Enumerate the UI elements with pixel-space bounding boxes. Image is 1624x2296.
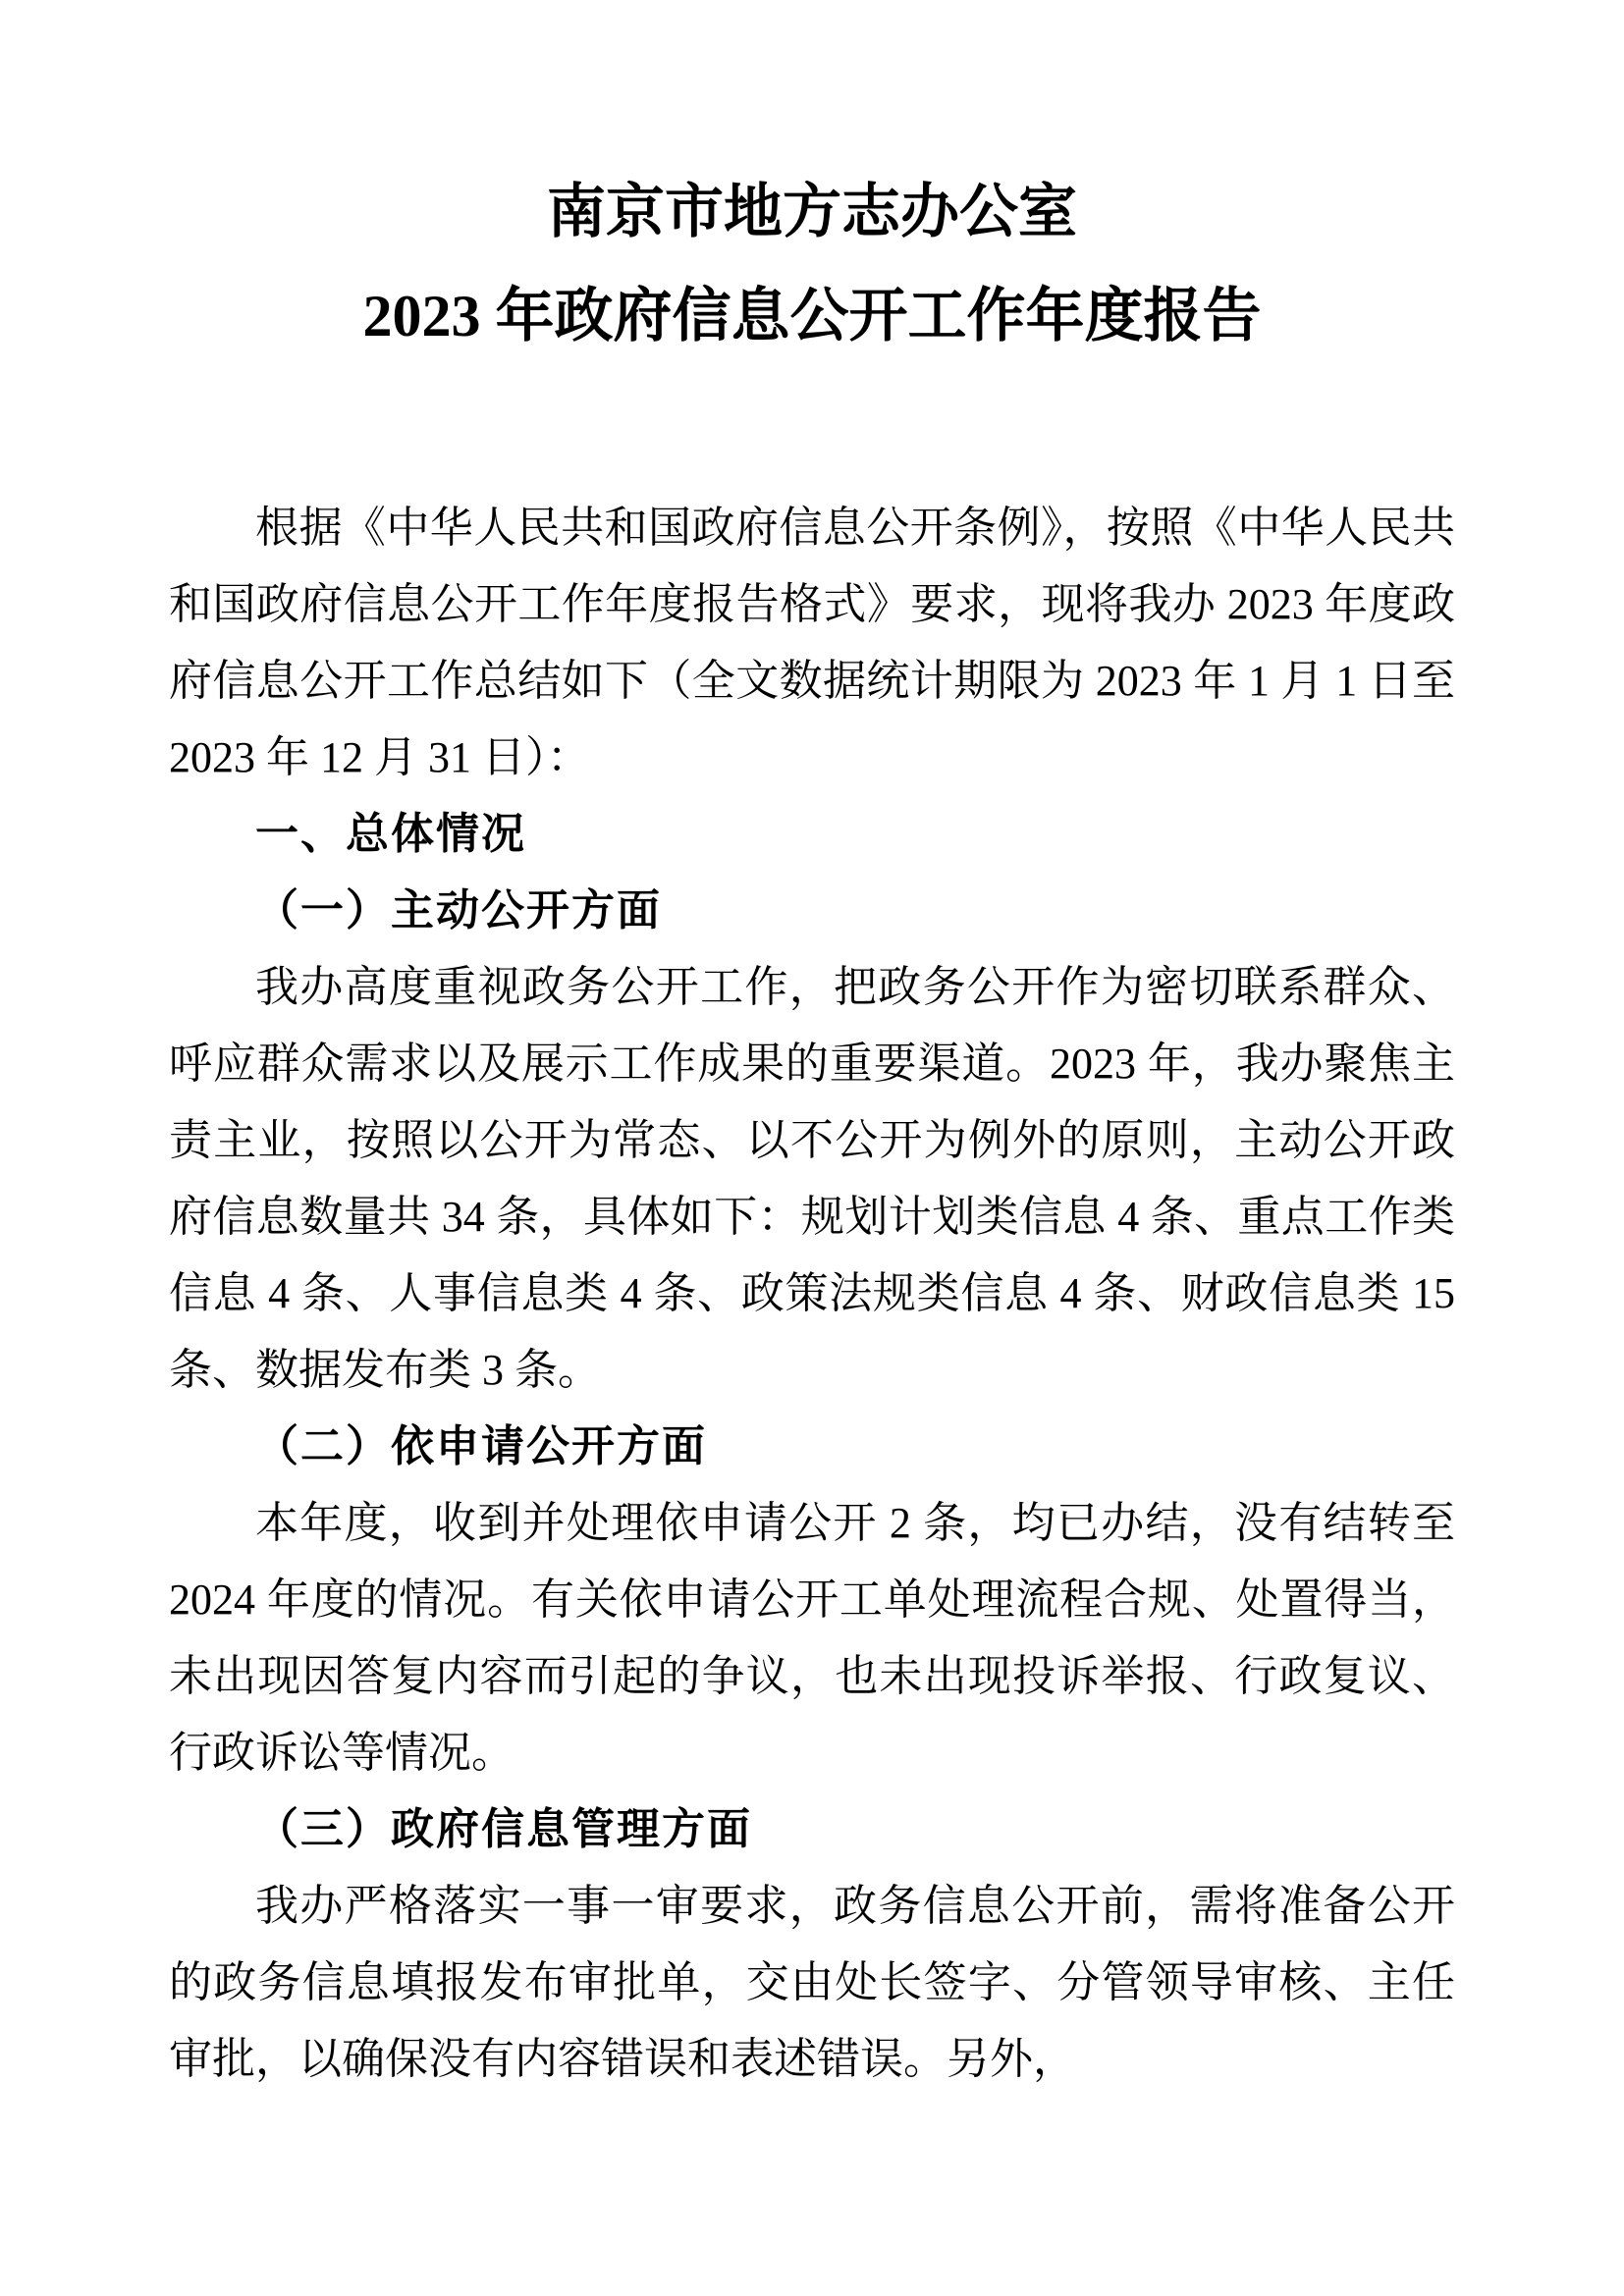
paragraph-disclosure-upon-request: 本年度，收到并处理依申请公开 2 条，均已办结，没有结转至 2024 年度的情况… bbox=[169, 1485, 1455, 1791]
section-heading-overall-situation: 一、总体情况 bbox=[169, 796, 1455, 873]
title-line-2: 2023 年政府信息公开工作年度报告 bbox=[169, 264, 1455, 368]
paragraph-proactive-disclosure: 我办高度重视政务公开工作，把政务公开作为密切联系群众、呼应群众需求以及展示工作成… bbox=[169, 949, 1455, 1409]
paragraph-information-management: 我办严格落实一事一审要求，政务信息公开前，需将准备公开的政务信息填报发布审批单，… bbox=[169, 1868, 1455, 2098]
subsection-heading-proactive-disclosure: （一）主动公开方面 bbox=[169, 873, 1455, 949]
document-content: 南京市地方志办公室 2023 年政府信息公开工作年度报告 根据《中华人民共和国政… bbox=[0, 0, 1624, 2098]
document-body: 根据《中华人民共和国政府信息公开条例》，按照《中华人民共和国政府信息公开工作年度… bbox=[169, 490, 1455, 2098]
title-line-1: 南京市地方志办公室 bbox=[169, 160, 1455, 264]
document-page: 南京市地方志办公室 2023 年政府信息公开工作年度报告 根据《中华人民共和国政… bbox=[0, 0, 1624, 2296]
subsection-heading-disclosure-upon-request: （二）依申请公开方面 bbox=[169, 1409, 1455, 1485]
document-title: 南京市地方志办公室 2023 年政府信息公开工作年度报告 bbox=[169, 160, 1455, 368]
subsection-heading-information-management: （三）政府信息管理方面 bbox=[169, 1791, 1455, 1868]
intro-paragraph: 根据《中华人民共和国政府信息公开条例》，按照《中华人民共和国政府信息公开工作年度… bbox=[169, 490, 1455, 796]
